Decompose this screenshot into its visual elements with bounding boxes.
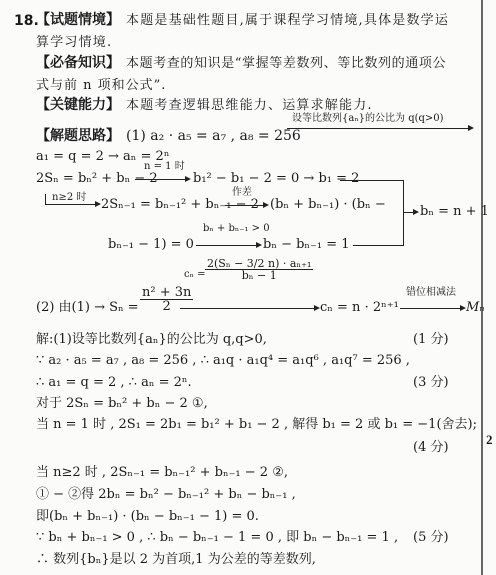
arrow-line — [180, 308, 316, 309]
arrow-line — [287, 128, 470, 129]
solution-line-3: ∴ a₁ = q = 2 , ∴ aₙ = 2ⁿ. — [36, 376, 192, 389]
part2-cn: cₙ = n · 2ⁿ⁺¹ — [320, 301, 399, 314]
score-5: (5 分) — [413, 531, 449, 544]
bracket-vertical — [403, 180, 404, 246]
part2-arrow-label-fraction: 2(Sₙ − 3/2 n) · aₙ₊₁bₙ − 1 — [205, 258, 313, 281]
arrow-line — [225, 205, 265, 206]
bracket-line — [353, 245, 403, 246]
thinking-tag: 【解题思路】 — [36, 129, 120, 143]
arrow-right-icon — [413, 209, 419, 215]
cn-denominator: bₙ − 1 — [205, 270, 313, 281]
flow-row1-right: b₁² − b₁ − 2 = 0 → b₁ = 2 — [193, 172, 359, 185]
flow-row3-left: bₙ₋₁ − 1) = 0 — [108, 238, 194, 251]
solution-line-10: ∵ bₙ + bₙ₋₁ > 0 , ∴ bₙ − bₙ₋₁ − 1 = 0 , … — [36, 531, 398, 544]
solution-line-2: ∵ a₂ · a₅ = a₇ , a₈ = 256 , ∴ a₁q · a₁q⁴… — [36, 354, 410, 367]
flow-row3-right: bₙ − bₙ₋₁ = 1 — [263, 238, 350, 251]
solution-line-5: 当 n = 1 时 , 2S₁ = 2b₁ = b₁² + b₁ − 2 , 解… — [36, 418, 477, 431]
arrow-right-icon — [263, 202, 269, 208]
arrow-right-icon — [256, 242, 262, 248]
branch-line — [45, 194, 46, 204]
section-text-knowledge-2: 式与前 n 项和公式”. — [36, 79, 166, 92]
arrow-line — [45, 204, 97, 205]
flow-row2-branch-label: n≥2 时 — [52, 193, 86, 203]
thinking-part1-start: (1) a₂ · a₅ = a₇ , a₈ = 256 — [126, 129, 301, 143]
section-tag-ability: 【关键能力】 — [36, 98, 120, 112]
part2-arrow-label-lhs: cₙ = — [184, 270, 205, 280]
solution-line-11: ∴ 数列{bₙ}是以 2 为首项,1 为公差的等差数列, — [36, 553, 316, 566]
flow-row2-arrow-label: 作差 — [232, 188, 252, 198]
part2-result: Mₙ — [466, 301, 485, 314]
score-3: (3 分) — [413, 376, 449, 389]
section-text-knowledge-1: 本题考查的知识是“掌握等差数列、等比数列的通项公 — [126, 57, 446, 70]
arrow-line — [400, 308, 462, 309]
section-text-context-1: 本题是基础性题目,属于课程学习情境,具体是数学运 — [126, 14, 449, 27]
flow-row3-arrow-label: bₙ + bₙ₋₁ > 0 — [203, 224, 270, 234]
section-tag-knowledge: 【必备知识】 — [36, 56, 120, 70]
part2-start: (2) 由(1) → Sₙ = — [36, 301, 139, 314]
section-text-ability: 本题考查逻辑思维能力、运算求解能力. — [126, 99, 373, 112]
column-divider — [481, 0, 483, 575]
flow-merge-result: bₙ = n + 1 — [420, 205, 489, 218]
arrow-line — [196, 245, 258, 246]
solution-line-4: 对于 2Sₙ = bₙ² + bₙ − 2 ①, — [36, 397, 208, 410]
score-1: (1 分) — [413, 333, 449, 346]
arrow-line — [135, 179, 187, 180]
sn-numerator: n² + 3n — [140, 286, 193, 300]
score-4: (4 分) — [413, 441, 449, 454]
page-side-number: 2 — [486, 432, 493, 448]
section-tag-context: 【试题情境】 — [36, 13, 120, 27]
arrow-right-icon — [468, 125, 474, 131]
bracket-line — [340, 180, 403, 181]
part2-arrow2-label: 错位相减法 — [406, 288, 456, 298]
solution-line-7: 当 n≥2 时 , 2Sₙ₋₁ = bₙ₋₁² + bₙ₋₁ − 2 ②, — [36, 466, 288, 479]
solution-line-1: 解:(1)设等比数列{aₙ}的公比为 q,q>0, — [36, 333, 267, 346]
section-text-context-2: 算学习情境. — [36, 36, 112, 49]
arrow-right-icon — [185, 176, 191, 182]
flow-row2-right: (bₙ + bₙ₋₁) · (bₙ − — [270, 198, 386, 211]
solution-line-9: 即(bₙ + bₙ₋₁) · (bₙ − bₙ₋₁ − 1) = 0. — [36, 510, 259, 523]
thinking-part1-arrow-label: 设等比数列{aₙ}的公比为 q(q>0) — [292, 114, 444, 124]
sn-denominator: 2 — [140, 300, 193, 313]
solution-line-8: ① − ②得 2bₙ = bₙ² − bₙ₋₁² + bₙ − bₙ₋₁ , — [36, 488, 296, 501]
flow-row1-arrow-label: n = 1 时 — [144, 162, 185, 172]
